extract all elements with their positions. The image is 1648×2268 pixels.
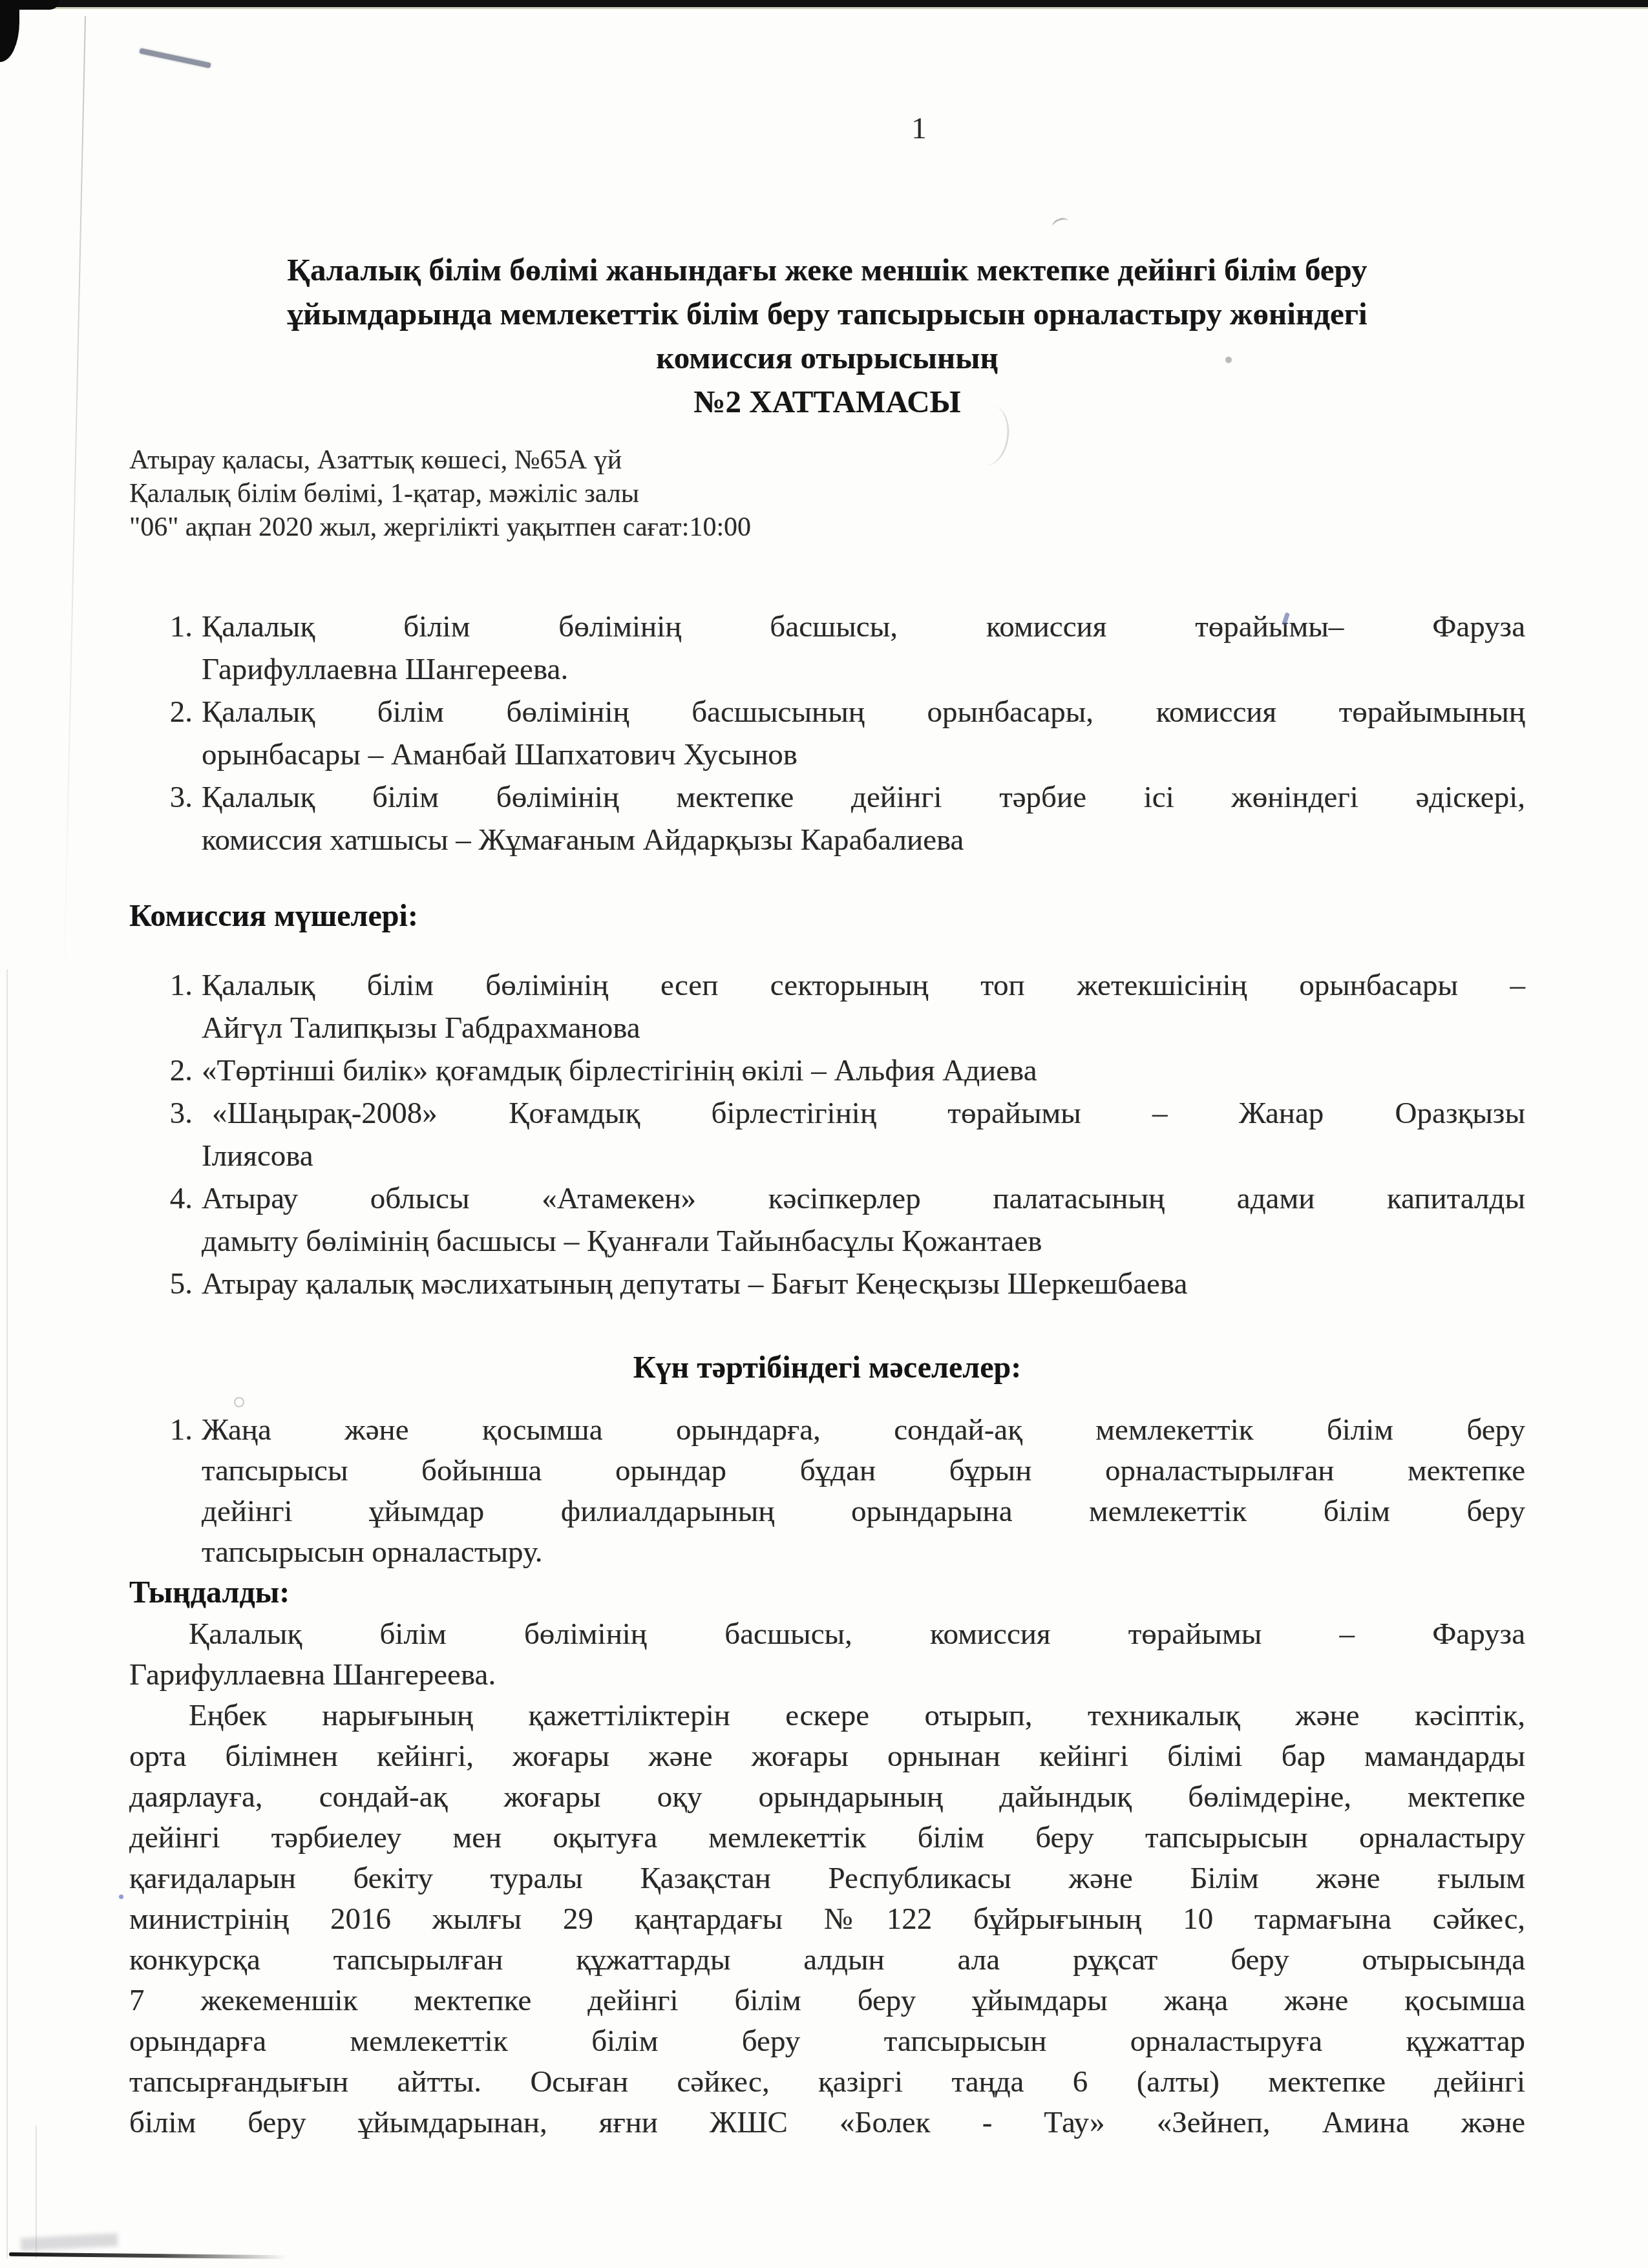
item-text: Қалалық білім бөлімінің мектепке дейінгі… bbox=[202, 776, 1525, 861]
paragraph-line: тапсырғандығын айтты. Осыған сәйкес, қаз… bbox=[129, 2062, 1525, 2103]
item-line: тапсырысын орналастыру. bbox=[202, 1532, 1525, 1573]
paragraph-line: дейінгі тәрбиелеу мен оқытуға мемлекетті… bbox=[129, 1818, 1525, 1858]
item-number: 3. bbox=[129, 776, 202, 861]
protocol-number-line: №2 ХАТТАМАСЫ bbox=[129, 380, 1525, 424]
item-number: 2. bbox=[129, 1049, 202, 1092]
meeting-venue-line: Қалалық білім бөлімі, 1-қатар, мәжіліс з… bbox=[129, 477, 1525, 510]
presidium-list: 1. Қалалық білім бөлімінің басшысы, коми… bbox=[129, 605, 1525, 861]
list-item: 1. Қалалық білім бөлімінің есеп секторын… bbox=[129, 964, 1525, 1049]
item-line: Қалалық білім бөлімінің басшысы, комисси… bbox=[202, 605, 1525, 648]
item-line: орынбасары – Аманбай Шапхатович Хусынов bbox=[202, 733, 1525, 776]
item-line: Гарифуллаевна Шангереева. bbox=[202, 648, 1525, 691]
item-number: 4. bbox=[129, 1177, 202, 1263]
scan-corner-top-left bbox=[0, 0, 19, 62]
paragraph-line: орта білімнен кейінгі, жоғары және жоғар… bbox=[129, 1736, 1525, 1777]
agenda-list: 1. Жаңа және қосымша орындарға, сондай-а… bbox=[129, 1410, 1525, 1573]
members-heading: Комиссия мүшелері: bbox=[129, 898, 1525, 935]
item-number: 3. bbox=[129, 1092, 202, 1177]
item-line: Атырау қалалық мәслихатының депутаты – Б… bbox=[202, 1263, 1525, 1305]
paragraph-line: Еңбек нарығының қажеттіліктерін ескере о… bbox=[129, 1696, 1525, 1736]
paragraph-line: Қалалық білім бөлімінің басшысы, комисси… bbox=[129, 1614, 1525, 1655]
paragraph-line: қағидаларын бекіту туралы Қазақстан Респ… bbox=[129, 1858, 1525, 1899]
item-line: комиссия хатшысы – Жұмағаным Айдарқызы К… bbox=[202, 819, 1525, 861]
meeting-info: Атырау қаласы, Азаттық көшесі, №65А үй Қ… bbox=[129, 443, 1525, 544]
photocopy-edge-line bbox=[63, 16, 86, 989]
item-line: Қалалық білім бөлімінің басшысының орынб… bbox=[202, 691, 1525, 733]
item-line: Ілиясова bbox=[202, 1135, 1525, 1177]
paragraph-speaker: Қалалық білім бөлімінің басшысы, комисси… bbox=[129, 1614, 1525, 1696]
scan-corner-top-left-strip bbox=[0, 0, 59, 10]
paragraph-line: Гарифуллаевна Шангереева. bbox=[129, 1655, 1525, 1696]
item-text: «Төртінші билік» қоғамдық бірлестігінің … bbox=[202, 1049, 1525, 1092]
item-line: «Төртінші билік» қоғамдық бірлестігінің … bbox=[202, 1049, 1525, 1092]
document-content: 1 Қалалық білім бөлімі жанындағы жеке ме… bbox=[129, 0, 1525, 2143]
paragraph-line: даярлауға, сондай-ақ жоғары оқу орындары… bbox=[129, 1777, 1525, 1818]
title-line: ұйымдарында мемлекеттік білім беру тапсы… bbox=[129, 292, 1525, 336]
paragraph-line: министрінің 2016 жылғы 29 қаңтардағы №12… bbox=[129, 1899, 1525, 1940]
item-number: 5. bbox=[129, 1263, 202, 1305]
title-line: комиссия отырысының bbox=[129, 336, 1525, 380]
item-line: дамыту бөлімінің басшысы – Қуанғали Тайы… bbox=[202, 1220, 1525, 1263]
scan-left-edge-line-lower bbox=[36, 2126, 37, 2258]
item-line: Атырау облысы «Атамекен» кәсіпкерлер пал… bbox=[202, 1177, 1525, 1220]
paragraph-line: конкурсқа тапсырылған құжаттарды алдын а… bbox=[129, 1940, 1525, 1980]
list-item: 5. Атырау қалалық мәслихатының депутаты … bbox=[129, 1263, 1525, 1305]
item-number: 1. bbox=[129, 605, 202, 691]
document-title: Қалалық білім бөлімі жанындағы жеке менш… bbox=[129, 248, 1525, 424]
list-item: 1. Жаңа және қосымша орындарға, сондай-а… bbox=[129, 1410, 1525, 1573]
pen-dot bbox=[119, 1895, 123, 1899]
item-line: тапсырысы бойынша орындар бұдан бұрын ор… bbox=[202, 1451, 1525, 1491]
list-item: 3. «Шаңырақ-2008» Қоғамдық бірлестігінің… bbox=[129, 1092, 1525, 1177]
list-item: 2. «Төртінші билік» қоғамдық бірлестігін… bbox=[129, 1049, 1525, 1092]
item-line: дейінгі ұйымдар филиалдарының орындарына… bbox=[202, 1491, 1525, 1532]
item-number: 2. bbox=[129, 691, 202, 776]
scanned-document-page: 1 Қалалық білім бөлімі жанындағы жеке ме… bbox=[0, 0, 1648, 2268]
scan-bottom-smudge bbox=[21, 2233, 118, 2251]
list-item: 4. Атырау облысы «Атамекен» кәсіпкерлер … bbox=[129, 1177, 1525, 1263]
item-line: Қалалық білім бөлімінің мектепке дейінгі… bbox=[202, 776, 1525, 819]
paragraph-speech: Еңбек нарығының қажеттіліктерін ескере о… bbox=[129, 1696, 1525, 2143]
paragraph-line: білім беру ұйымдарынан, яғни ЖШС «Болек … bbox=[129, 2103, 1525, 2143]
item-line: «Шаңырақ-2008» Қоғамдық бірлестігінің тө… bbox=[202, 1092, 1525, 1135]
scan-bottom-edge-line bbox=[9, 2252, 287, 2260]
item-text: Жаңа және қосымша орындарға, сондай-ақ м… bbox=[202, 1410, 1525, 1573]
item-text: Атырау облысы «Атамекен» кәсіпкерлер пал… bbox=[202, 1177, 1525, 1263]
item-text: Қалалық білім бөлімінің есеп секторының … bbox=[202, 964, 1525, 1049]
item-line: Жаңа және қосымша орындарға, сондай-ақ м… bbox=[202, 1410, 1525, 1451]
page-number: 1 bbox=[129, 0, 1525, 146]
meeting-datetime-line: "06" ақпан 2020 жыл, жергілікті уақытпен… bbox=[129, 510, 1525, 544]
item-text: Атырау қалалық мәслихатының депутаты – Б… bbox=[202, 1263, 1525, 1305]
meeting-address-line: Атырау қаласы, Азаттық көшесі, №65А үй bbox=[129, 443, 1525, 477]
list-item: 3. Қалалық білім бөлімінің мектепке дейі… bbox=[129, 776, 1525, 861]
paragraph-line: орындарға мемлекеттік білім беру тапсыры… bbox=[129, 2021, 1525, 2062]
scan-left-edge-line bbox=[6, 969, 8, 2258]
members-list: 1. Қалалық білім бөлімінің есеп секторын… bbox=[129, 964, 1525, 1305]
item-line: Айгүл Талипқызы Габдрахманова bbox=[202, 1007, 1525, 1049]
list-item: 1. Қалалық білім бөлімінің басшысы, коми… bbox=[129, 605, 1525, 691]
item-text: Қалалық білім бөлімінің басшысы, комисси… bbox=[202, 605, 1525, 691]
paragraph-line: 7 жекеменшік мектепке дейінгі білім беру… bbox=[129, 1980, 1525, 2021]
item-text: Қалалық білім бөлімінің басшысының орынб… bbox=[202, 691, 1525, 776]
item-line: Қалалық білім бөлімінің есеп секторының … bbox=[202, 964, 1525, 1007]
list-item: 2. Қалалық білім бөлімінің басшысының ор… bbox=[129, 691, 1525, 776]
item-number: 1. bbox=[129, 964, 202, 1049]
agenda-heading: Күн тәртібіндегі мәселелер: bbox=[129, 1349, 1525, 1387]
item-text: «Шаңырақ-2008» Қоғамдық бірлестігінің тө… bbox=[202, 1092, 1525, 1177]
title-line: Қалалық білім бөлімі жанындағы жеке менш… bbox=[129, 248, 1525, 292]
heard-heading: Тыңдалды: bbox=[129, 1574, 1525, 1612]
item-number: 1. bbox=[129, 1410, 202, 1573]
